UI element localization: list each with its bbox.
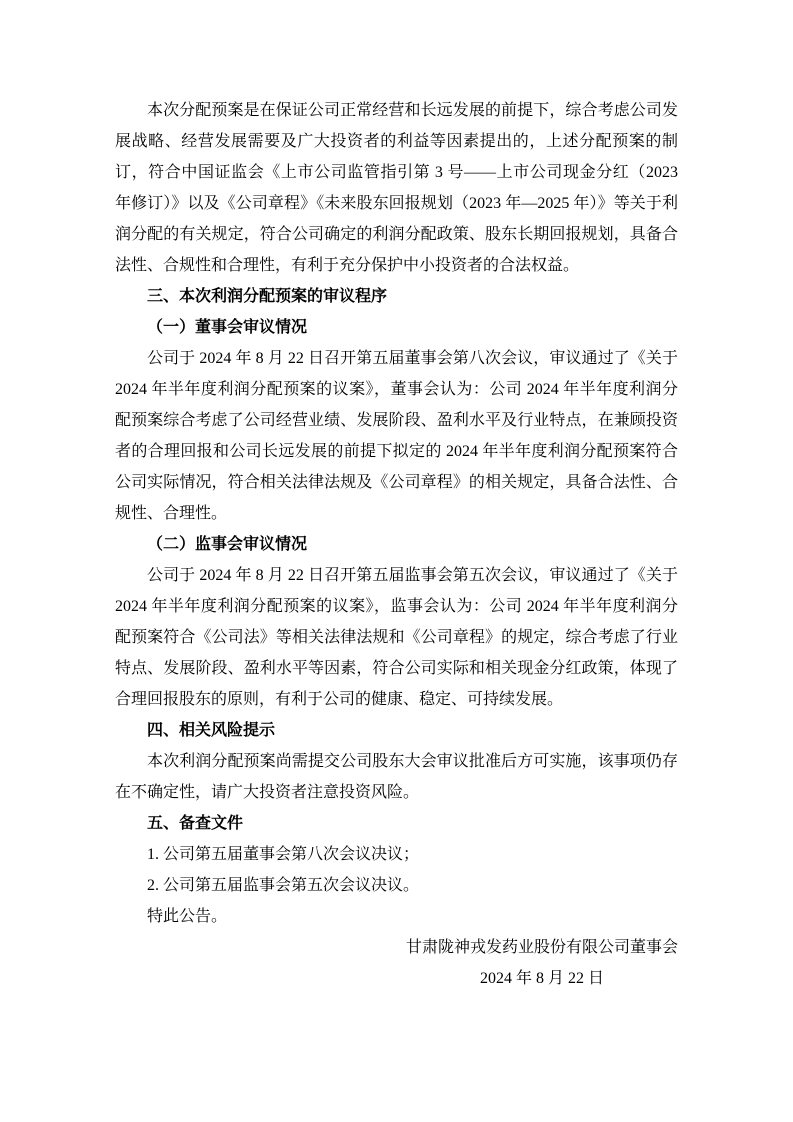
announcement-date: 2024 年 8 月 22 日 — [406, 963, 678, 994]
section5-heading: 五、备查文件 — [115, 808, 678, 839]
section3-heading: 三、本次利润分配预案的审议程序 — [115, 281, 678, 312]
issuer-name: 甘肃陇神戎发药业股份有限公司董事会 — [406, 932, 678, 963]
risk-paragraph: 本次利润分配预案尚需提交公司股东大会审议批准后方可实施，该事项仍存在不确定性，请… — [115, 746, 678, 808]
intro-paragraph: 本次分配预案是在保证公司正常经营和长远发展的前提下，综合考虑公司发展战略、经营发… — [115, 95, 678, 281]
supervisory-review-paragraph: 公司于 2024 年 8 月 22 日召开第五届监事会第五次会议，审议通过了《关… — [115, 560, 678, 715]
supervisory-review-subheading: （二）监事会审议情况 — [115, 529, 678, 560]
section4-heading: 四、相关风险提示 — [115, 715, 678, 746]
reference-item-1: 1. 公司第五届董事会第八次会议决议； — [115, 839, 678, 870]
board-review-subheading: （一）董事会审议情况 — [115, 312, 678, 343]
document-page: 本次分配预案是在保证公司正常经营和长远发展的前提下，综合考虑公司发展战略、经营发… — [0, 0, 793, 1122]
document-content: 本次分配预案是在保证公司正常经营和长远发展的前提下，综合考虑公司发展战略、经营发… — [115, 95, 678, 994]
board-review-paragraph: 公司于 2024 年 8 月 22 日召开第五届董事会第八次会议，审议通过了《关… — [115, 343, 678, 529]
closing-line: 特此公告。 — [115, 901, 678, 932]
reference-item-2: 2. 公司第五届监事会第五次会议决议。 — [115, 870, 678, 901]
signature-block: 甘肃陇神戎发药业股份有限公司董事会 2024 年 8 月 22 日 — [406, 932, 678, 994]
